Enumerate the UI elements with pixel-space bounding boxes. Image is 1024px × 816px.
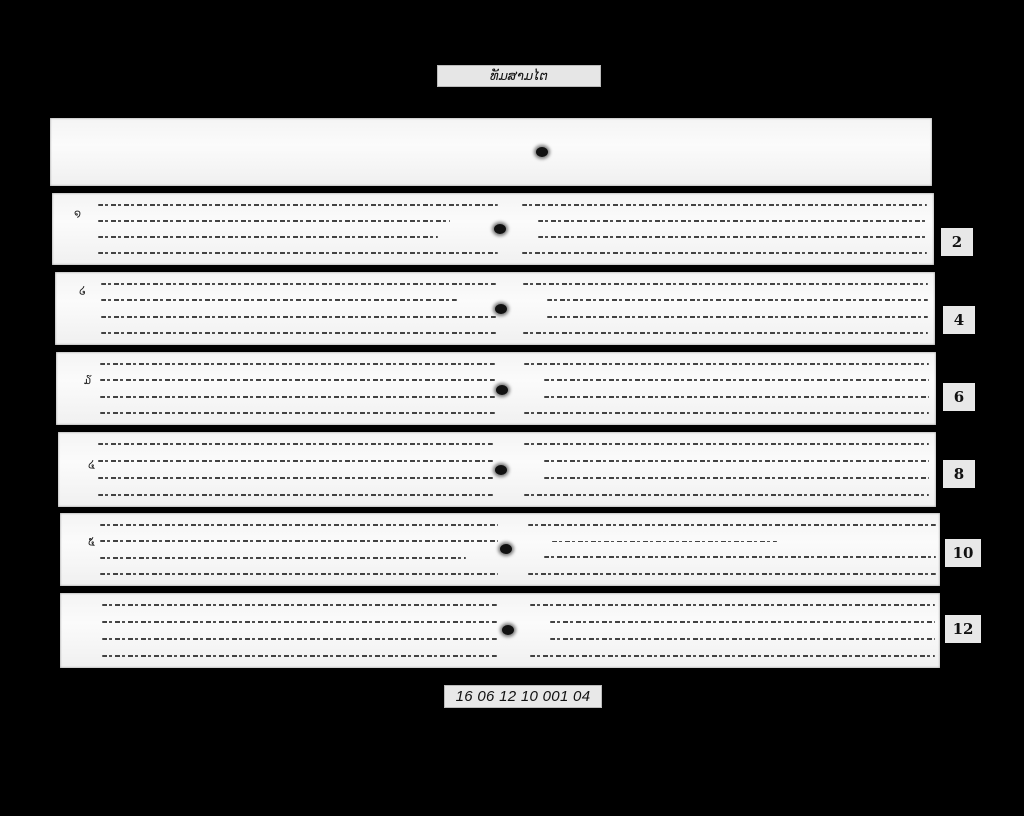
script-line xyxy=(100,379,495,381)
palm-leaf-1: ໑ xyxy=(52,193,934,265)
leaf-side-mark: ໕ xyxy=(88,535,95,548)
script-line xyxy=(102,655,497,657)
page-tag: 6 xyxy=(943,383,975,411)
script-line xyxy=(102,638,497,640)
script-line xyxy=(98,494,493,496)
script-line xyxy=(544,396,929,398)
script-line xyxy=(524,412,929,414)
script-line xyxy=(544,379,929,381)
script-line xyxy=(522,252,927,254)
page-tag: 4 xyxy=(943,306,975,334)
string-hole-icon xyxy=(502,625,514,635)
script-line xyxy=(98,236,438,238)
manuscript-id-label: 16 06 12 10 001 04 xyxy=(444,685,602,708)
script-line xyxy=(100,540,498,542)
string-hole-icon xyxy=(494,224,506,234)
script-line xyxy=(100,363,495,365)
script-line xyxy=(538,236,927,238)
script-line xyxy=(100,524,498,526)
palm-leaf-6 xyxy=(60,593,940,668)
palm-leaf-4: ໔ xyxy=(58,432,936,507)
string-hole-icon xyxy=(536,147,548,157)
script-line xyxy=(102,604,497,606)
page-tag: 10 xyxy=(945,539,981,567)
leaf-side-mark: ໒ xyxy=(79,284,86,297)
script-line xyxy=(101,316,496,318)
script-line xyxy=(101,332,496,334)
script-line xyxy=(528,573,936,575)
script-line xyxy=(550,621,935,623)
string-hole-icon xyxy=(500,544,512,554)
string-hole-icon xyxy=(495,304,507,314)
leaf-side-mark: ໔ xyxy=(88,458,95,471)
script-line xyxy=(101,283,496,285)
script-line xyxy=(98,204,498,206)
script-line xyxy=(544,556,936,558)
script-line xyxy=(523,332,928,334)
palm-leaf-2: ໒ xyxy=(55,272,935,345)
manuscript-title-label: ທັມສາມໄຕ xyxy=(437,65,601,87)
script-line xyxy=(100,412,495,414)
script-line xyxy=(547,299,928,301)
script-line xyxy=(98,220,450,222)
script-line xyxy=(98,252,498,254)
script-line xyxy=(522,204,927,206)
script-line xyxy=(530,604,935,606)
script-line xyxy=(528,524,936,526)
page-tag: 8 xyxy=(943,460,975,488)
palm-leaf-cover xyxy=(50,118,932,186)
script-line xyxy=(524,363,929,365)
script-line xyxy=(544,460,929,462)
palm-leaf-5: ໕ xyxy=(60,513,940,586)
script-line xyxy=(101,299,457,301)
script-line xyxy=(98,443,493,445)
script-line xyxy=(102,621,497,623)
script-line xyxy=(523,283,928,285)
script-line xyxy=(524,494,929,496)
page-tag: 2 xyxy=(941,228,973,256)
script-line xyxy=(98,460,493,462)
string-hole-icon xyxy=(496,385,508,395)
script-line xyxy=(538,220,927,222)
palm-leaf-3: ໓ xyxy=(56,352,936,425)
string-hole-icon xyxy=(495,465,507,475)
script-line xyxy=(552,541,776,543)
leaf-side-mark: ໓ xyxy=(84,374,91,387)
script-line xyxy=(547,316,928,318)
script-line xyxy=(544,477,929,479)
script-line xyxy=(550,638,935,640)
script-line xyxy=(98,477,493,479)
script-line xyxy=(100,573,498,575)
script-line xyxy=(530,655,935,657)
script-line xyxy=(100,396,495,398)
leaf-side-mark: ໑ xyxy=(74,207,81,220)
script-line xyxy=(100,557,466,559)
script-line xyxy=(524,443,929,445)
page-tag: 12 xyxy=(945,615,981,643)
